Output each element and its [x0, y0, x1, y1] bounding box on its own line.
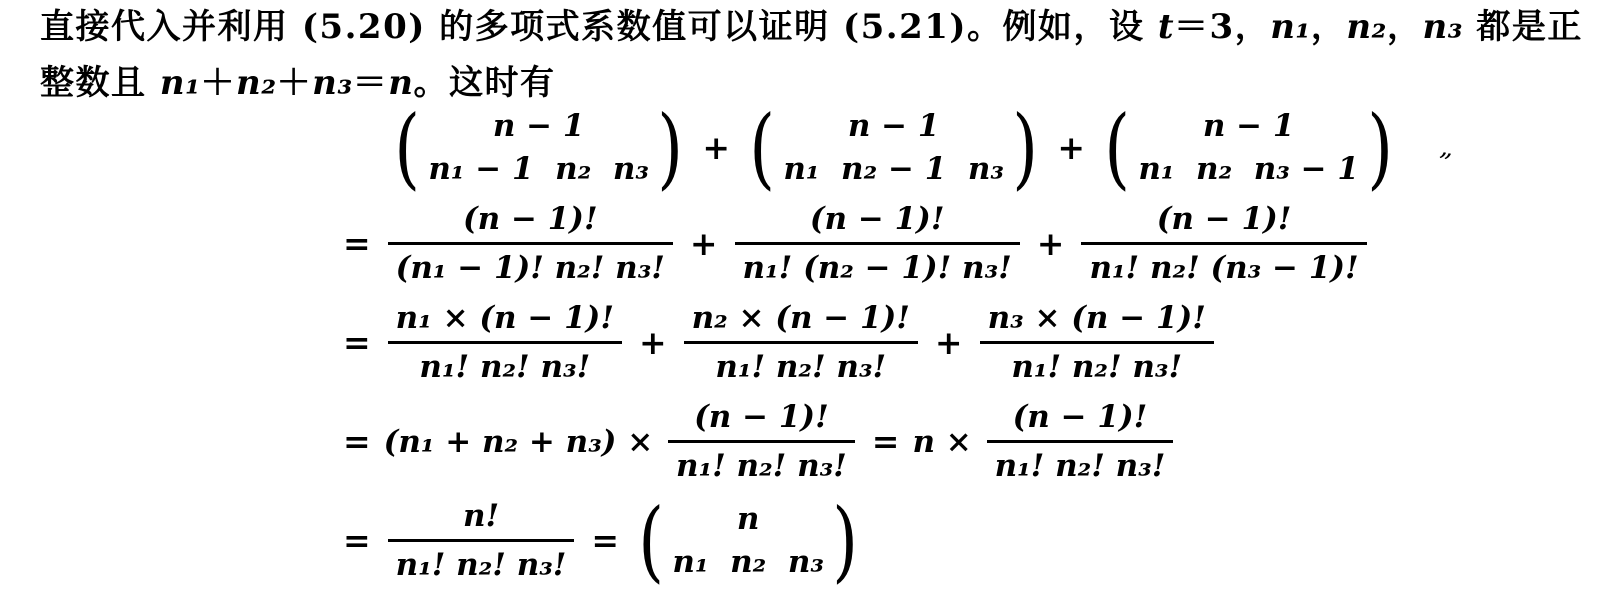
binom-bottom: n₁ n₂ − 1 n₃ [783, 151, 1004, 187]
binom-top: n − 1 [493, 108, 585, 144]
equals-operator: = [591, 521, 619, 560]
text-run: ， [1387, 7, 1423, 47]
equation-block: (n − 1n₁ − 1 n₂ n₃)+(n − 1n₁ n₂ − 1 n₃)+… [330, 108, 1399, 583]
plus-operator: + [690, 224, 718, 263]
binom-bottom: n₁ n₂ n₃ − 1 [1138, 151, 1359, 187]
scanned-textbook-page: 直接代入并利用 (5.20) 的多项式系数值可以证明 (5.21)。例如，设 t… [0, 0, 1614, 594]
fraction: n₂ × (n − 1)!n₁! n₂! n₃! [684, 300, 918, 385]
eq-line-3: =n₁ × (n − 1)!n₁! n₂! n₃!+n₂ × (n − 1)!n… [330, 300, 1399, 385]
body-paragraph: 直接代入并利用 (5.20) 的多项式系数值可以证明 (5.21)。例如，设 t… [40, 2, 1600, 114]
paragraph-line-1: 直接代入并利用 (5.20) 的多项式系数值可以证明 (5.21)。例如，设 t… [40, 2, 1600, 52]
inline-math: n₂ [1346, 7, 1387, 47]
text-run: 。这时有 [413, 63, 555, 103]
fraction-denominator: n₁! n₂! n₃! [388, 341, 622, 385]
multinomial-coefficient: (nn₁ n₂ n₃) [634, 501, 862, 580]
fraction-denominator: n₁! (n₂ − 1)! n₃! [735, 242, 1020, 286]
fraction-numerator: n₁ × (n − 1)! [388, 300, 622, 341]
text-run: ＝3， [1174, 7, 1270, 47]
left-paren: ( [1104, 109, 1130, 187]
equals-operator: = [343, 224, 371, 263]
fraction-denominator: n₁! n₂! n₃! [668, 440, 855, 484]
equals-operator: = [343, 521, 371, 560]
inline-math: n₃ [1422, 7, 1463, 47]
right-paren: ) [1367, 109, 1393, 187]
binom-bottom: n₁ − 1 n₂ n₃ [428, 151, 649, 187]
left-paren: ( [749, 109, 775, 187]
binom-entries: nn₁ n₂ n₃ [668, 501, 828, 580]
right-paren: ) [832, 502, 858, 580]
fraction-denominator: n₁! n₂! n₃! [980, 341, 1214, 385]
text-run: ， [1311, 7, 1347, 47]
math-text: (n₁ + n₂ + n₃) × [384, 424, 664, 460]
binom-entries: n − 1n₁ n₂ − 1 n₃ [779, 108, 1008, 187]
text-run: 都是正 [1463, 7, 1583, 47]
multinomial-coefficient: (n − 1n₁ − 1 n₂ n₃) [390, 108, 687, 187]
inline-math: n₁ [160, 63, 201, 103]
fraction-denominator: n₁! n₂! n₃! [388, 539, 575, 583]
text-run: 直接代入并利用 (5.20) 的多项式系数值可以证明 (5.21)。例如，设 [40, 7, 1158, 47]
plus-operator: + [702, 128, 730, 167]
inline-math: t [1158, 7, 1174, 47]
fraction: (n − 1)!n₁! n₂! (n₃ − 1)! [1081, 201, 1366, 286]
left-paren: ( [394, 109, 420, 187]
scan-artifact-mark: ” [1434, 147, 1449, 178]
left-paren: ( [638, 502, 664, 580]
fraction: (n − 1)!n₁! n₂! n₃! [668, 399, 855, 484]
binom-top: n [737, 501, 760, 537]
text-run: ＝ [353, 63, 389, 103]
fraction-numerator: (n − 1)! [735, 201, 1020, 242]
plus-operator: + [639, 323, 667, 362]
fraction: (n − 1)!n₁! (n₂ − 1)! n₃! [735, 201, 1020, 286]
fraction-denominator: n₁! n₂! (n₃ − 1)! [1081, 242, 1366, 286]
text-run: ＋ [277, 63, 313, 103]
right-paren: ) [657, 109, 683, 187]
fraction: (n − 1)!(n₁ − 1)! n₂! n₃! [388, 201, 673, 286]
inline-math: n₁ [1270, 7, 1311, 47]
math-text: n × [912, 424, 982, 460]
fraction-denominator: (n₁ − 1)! n₂! n₃! [388, 242, 673, 286]
fraction: n₃ × (n − 1)!n₁! n₂! n₃! [980, 300, 1214, 385]
plus-operator: + [1057, 128, 1085, 167]
fraction-denominator: n₁! n₂! n₃! [987, 440, 1174, 484]
fraction: (n − 1)!n₁! n₂! n₃! [987, 399, 1174, 484]
fraction-numerator: n₃ × (n − 1)! [980, 300, 1214, 341]
plus-operator: + [1037, 224, 1065, 263]
equals-operator: = [872, 422, 900, 461]
binom-top: n − 1 [1203, 108, 1295, 144]
text-run: 整数且 [40, 63, 160, 103]
eq-line-4: =(n₁ + n₂ + n₃) × (n − 1)!n₁! n₂! n₃!=n … [330, 399, 1399, 484]
fraction-numerator: n₂ × (n − 1)! [684, 300, 918, 341]
inline-math: n₂ [236, 63, 277, 103]
equals-operator: = [343, 422, 371, 461]
inline-math: n₃ [312, 63, 353, 103]
paragraph-line-2: 整数且 n₁＋n₂＋n₃＝n。这时有 [40, 58, 1600, 108]
multinomial-coefficient: (n − 1n₁ n₂ − 1 n₃) [745, 108, 1042, 187]
fraction-numerator: (n − 1)! [1081, 201, 1366, 242]
eq-line-5: =n!n₁! n₂! n₃!=(nn₁ n₂ n₃) [330, 498, 1399, 583]
plus-operator: + [935, 323, 963, 362]
equals-operator: = [343, 323, 371, 362]
binom-entries: n − 1n₁ − 1 n₂ n₃ [424, 108, 653, 187]
fraction-numerator: n! [388, 498, 575, 539]
binom-bottom: n₁ n₂ n₃ [672, 544, 824, 580]
eq-line-2: =(n − 1)!(n₁ − 1)! n₂! n₃!+(n − 1)!n₁! (… [330, 201, 1399, 286]
fraction: n!n₁! n₂! n₃! [388, 498, 575, 583]
fraction-numerator: (n − 1)! [388, 201, 673, 242]
binom-entries: n − 1n₁ n₂ n₃ − 1 [1134, 108, 1363, 187]
fraction: n₁ × (n − 1)!n₁! n₂! n₃! [388, 300, 622, 385]
text-run: ＋ [200, 63, 236, 103]
eq-line-1: (n − 1n₁ − 1 n₂ n₃)+(n − 1n₁ n₂ − 1 n₃)+… [330, 108, 1399, 187]
multinomial-coefficient: (n − 1n₁ n₂ n₃ − 1) [1100, 108, 1397, 187]
binom-top: n − 1 [848, 108, 940, 144]
fraction-numerator: (n − 1)! [987, 399, 1174, 440]
fraction-numerator: (n − 1)! [668, 399, 855, 440]
right-paren: ) [1012, 109, 1038, 187]
fraction-denominator: n₁! n₂! n₃! [684, 341, 918, 385]
